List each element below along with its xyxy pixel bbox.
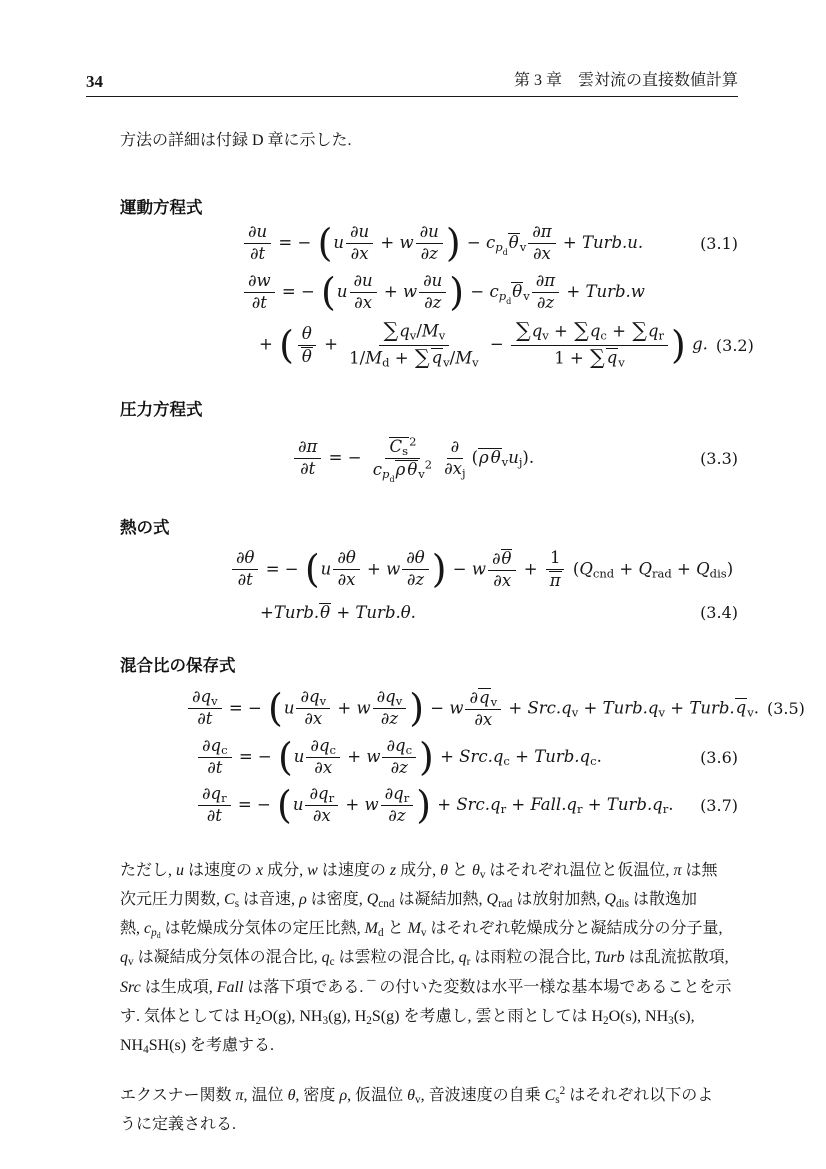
section-heading-mixing: 混合比の保存式 — [120, 652, 738, 676]
equation-3-3: ∂π∂t = − Cs2cpdρθv2∂∂xj(ρθvuj). (3.3) — [120, 428, 738, 490]
equation-3-2-line-2-math: + (θθ + ∑qv/Mv1/Md + ∑qv/Mv − ∑qv + ∑qc … — [259, 320, 708, 370]
paragraph-line: NH4SH(s) を考慮する. — [120, 1031, 738, 1060]
paragraph-line: ただし, u は速度の x 成分, w は速度の z 成分, θ と θv はそ… — [120, 856, 738, 885]
equation-number-3-1: (3.1) — [692, 234, 738, 253]
intro-paragraph: 方法の詳細は付録 D 章に示した. — [120, 127, 738, 150]
equation-3-7-math: ∂qr∂t = − (u∂qr∂x + w∂qr∂z) + Src.qr + F… — [196, 785, 674, 826]
equation-number-3-2: (3.2) — [708, 336, 754, 355]
equation-3-2-line-1-math: ∂w∂t = − (u∂u∂x + w∂u∂z) − cpdθv∂π∂z + T… — [242, 272, 645, 313]
document-page: 34 第 3 章 雲対流の直接数値計算 方法の詳細は付録 D 章に示した. 運動… — [0, 0, 826, 1169]
page-number: 34 — [86, 73, 103, 90]
paragraph-line: 熱, cpd は乾燥成分気体の定圧比熱, Md と Mv はそれぞれ乾燥成分と凝… — [120, 914, 738, 943]
section-heading-heat: 熱の式 — [120, 514, 738, 538]
equation-3-1: ∂u∂t = − (u∂u∂x + w∂u∂z) − cpdθv∂π∂x + T… — [120, 220, 738, 268]
equation-number-3-7: (3.7) — [692, 796, 738, 815]
page-header: 34 第 3 章 雲対流の直接数値計算 — [86, 72, 738, 97]
paragraph-line: Src は生成項, Fall は落下項である. ¯ の付いた変数は水平一様な基本… — [120, 973, 738, 1002]
equation-number-3-5: (3.5) — [759, 699, 805, 718]
equation-3-5-math: ∂qv∂t = − (u∂qv∂x + w∂qv∂z) − w∂qv∂x + S… — [186, 688, 759, 730]
equation-3-7: ∂qr∂t = − (u∂qr∂x + w∂qr∂z) + Src.qr + F… — [120, 782, 738, 830]
equation-3-5: ∂qv∂t = − (u∂qv∂x + w∂qv∂z) − w∂qv∂x + S… — [120, 684, 738, 734]
paragraph-line: qv は凝結成分気体の混合比, qc は雲粒の混合比, qr は雨粒の混合比, … — [120, 943, 738, 972]
equation-3-6: ∂qc∂t = − (u∂qc∂x + w∂qc∂z) + Src.qc + T… — [120, 734, 738, 782]
equation-number-3-4: (3.4) — [692, 603, 738, 622]
definitions-intro-paragraph: エクスナー関数 π, 温位 θ, 密度 ρ, 仮温位 θv, 音波速度の自乗 C… — [120, 1081, 738, 1140]
equation-3-3-math: ∂π∂t = − Cs2cpdρθv2∂∂xj(ρθvuj). — [292, 437, 534, 480]
paragraph-line: す. 気体としては H2O(g), NH3(g), H2S(g) を考慮し, 雲… — [120, 1002, 738, 1031]
equation-3-4-line-1-math: ∂θ∂t = − (u∂θ∂x + w∂θ∂z) − w∂θ∂x + 1π (Q… — [230, 549, 733, 591]
equation-3-2-line-2: + (θθ + ∑qv/Mv1/Md + ∑qv/Mv − ∑qv + ∑qc … — [120, 318, 738, 374]
equation-3-4-line-1: ∂θ∂t = − (u∂θ∂x + w∂θ∂z) − w∂θ∂x + 1π (Q… — [120, 544, 738, 596]
equation-3-4-line-2-math: +Turb.θ + Turb.θ. — [260, 603, 416, 622]
equation-number-3-6: (3.6) — [692, 748, 738, 767]
equation-3-1-math: ∂u∂t = − (u∂u∂x + w∂u∂z) − cpdθv∂π∂x + T… — [242, 223, 643, 264]
equation-3-4-line-2: +Turb.θ + Turb.θ. (3.4) — [120, 596, 738, 630]
paragraph-line: エクスナー関数 π, 温位 θ, 密度 ρ, 仮温位 θv, 音波速度の自乗 C… — [120, 1081, 738, 1110]
page-body: 方法の詳細は付録 D 章に示した. 運動方程式 ∂u∂t = − (u∂u∂x … — [120, 127, 738, 1140]
equation-number-3-3: (3.3) — [692, 449, 738, 468]
variable-definitions-paragraph: ただし, u は速度の x 成分, w は速度の z 成分, θ と θv はそ… — [120, 856, 738, 1061]
section-heading-pressure: 圧力方程式 — [120, 396, 738, 420]
section-heading-motion: 運動方程式 — [120, 194, 738, 218]
paragraph-line: うに定義される. — [120, 1110, 738, 1139]
equation-3-6-math: ∂qc∂t = − (u∂qc∂x + w∂qc∂z) + Src.qc + T… — [196, 737, 602, 778]
paragraph-line: 次元圧力関数, Cs は音速, ρ は密度, Qcnd は凝結加熱, Qrad … — [120, 885, 738, 914]
chapter-header: 第 3 章 雲対流の直接数値計算 — [514, 72, 738, 90]
equation-3-2-line-1: ∂w∂t = − (u∂u∂x + w∂u∂z) − cpdθv∂π∂z + T… — [120, 268, 738, 318]
